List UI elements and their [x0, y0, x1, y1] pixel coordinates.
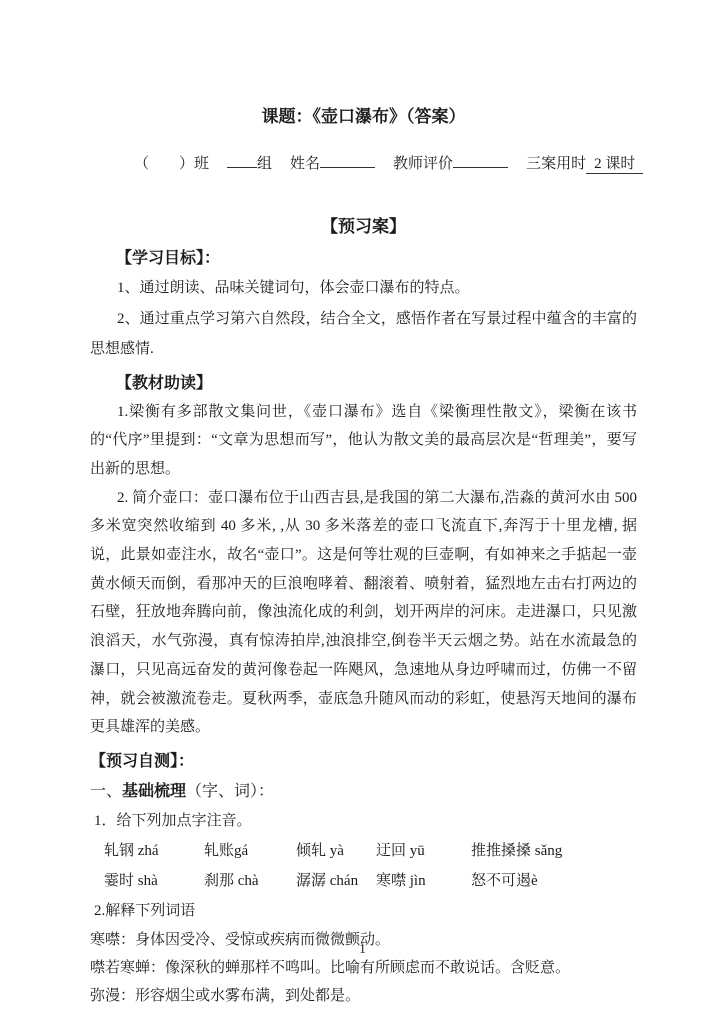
basics-heading: 一、基础梳理（字、词）： — [90, 778, 637, 806]
time-value: 2 课时 — [586, 156, 643, 174]
group-blank-line — [227, 152, 257, 168]
pinyin-item: 倾轧 yà — [296, 836, 376, 866]
question-1: 1．给下列加点字注音。 — [90, 807, 637, 836]
page-title: 课题：《壶口瀑布》（答案） — [90, 104, 637, 130]
pinyin-item: 推推搡搡 sǎng — [471, 836, 637, 866]
pinyin-item: 轧账gá — [204, 836, 296, 866]
goal-item-2: 2、通过重点学习第六自然段，结合全文，感悟作者在写景过程中蕴含的丰富的思想感情. — [90, 304, 637, 365]
material-paragraph-2: 2. 简介壶口：壶口瀑布位于山西吉县,是我国的第二大瀑布,浩淼的黄河水由 500… — [90, 484, 637, 742]
pinyin-item: 迂回 yū — [376, 836, 471, 866]
definition-item: 弥漫：形容烟尘或水雾布满，到处都是。 — [90, 982, 637, 1010]
pinyin-row-2: 霎时 shà 刹那 chà 潺潺 chán 寒噤 jìn 怒不可遏è — [90, 866, 637, 896]
group-label: 组 — [257, 156, 272, 172]
pinyin-item: 轧钢 zhá — [104, 836, 204, 866]
basics-prefix: 一、 — [90, 783, 122, 800]
pinyin-item: 刹那 chà — [204, 866, 296, 896]
section-heading-preview-case: 【预习案】 — [90, 214, 637, 240]
heading-self-test: 【预习自测】： — [90, 748, 637, 776]
student-info-line: （ ）班组姓名教师评价三案用时2 课时 — [90, 152, 637, 176]
basics-suffix: （字、词）： — [186, 783, 274, 800]
time-label: 三案用时 — [526, 156, 586, 172]
page-number: 1 — [0, 935, 725, 964]
name-label: 姓名 — [290, 156, 320, 172]
teacher-eval-label: 教师评价 — [393, 156, 453, 172]
basics-bold-title: 基础梳理 — [122, 783, 186, 800]
heading-material-aid: 【教材助读】 — [90, 370, 637, 398]
heading-learning-goals: 【学习目标】： — [90, 245, 637, 273]
goal-item-1: 1、通过朗读、品味关键词句，体会壶口瀑布的特点。 — [90, 273, 637, 304]
question-2: 2.解释下列词语 — [90, 897, 637, 926]
pinyin-item: 霎时 shà — [104, 866, 204, 896]
class-blank-label: （ ）班 — [134, 156, 209, 172]
pinyin-item: 潺潺 chán — [296, 866, 376, 896]
teacher-eval-blank-line — [453, 152, 508, 168]
material-paragraph-1: 1.梁衡有多部散文集问世，《壶口瀑布》选自《梁衡理性散文》，梁衡在该书的“代序”… — [90, 398, 637, 484]
name-blank-line — [320, 152, 375, 168]
pinyin-item: 怒不可遏è — [471, 866, 637, 896]
document-page: 课题：《壶口瀑布》（答案） （ ）班组姓名教师评价三案用时2 课时 【预习案】 … — [0, 0, 725, 1024]
pinyin-row-1: 轧钢 zhá 轧账gá 倾轧 yà 迂回 yū 推推搡搡 sǎng — [90, 836, 637, 866]
pinyin-item: 寒噤 jìn — [376, 866, 471, 896]
